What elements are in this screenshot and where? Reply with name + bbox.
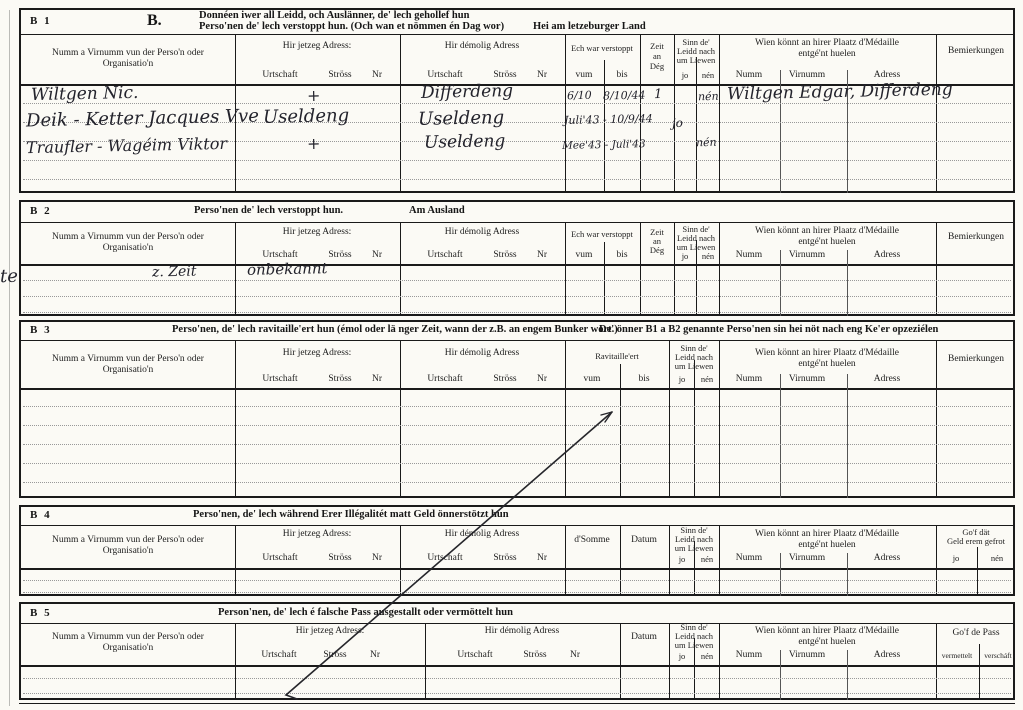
subcol-numm: Numm [736, 70, 762, 81]
vum-bis-divider [604, 242, 605, 316]
column-divider [620, 525, 621, 596]
subcol-numm: Numm [736, 553, 762, 564]
hw-medaille: Wiltgen Edgar, Differdeng [727, 80, 953, 105]
column-divider [400, 525, 401, 596]
column-divider [235, 340, 236, 498]
column-divider [669, 623, 670, 700]
col-header-demolig: Hir démolig Adress [445, 41, 519, 52]
subcol-urtschaft: Urtschaft [427, 374, 462, 385]
jo-nen-divider [696, 57, 697, 193]
hw-demolig: Useldeng [424, 131, 506, 153]
subcol-nr: Nr [570, 650, 580, 661]
numm-virnumm-divider [780, 250, 781, 316]
col-header-medaille2: entgé'nt huelen [798, 49, 855, 60]
subcol-bis: bis [638, 374, 649, 385]
hw-liewen: nén [696, 136, 717, 149]
ruled-line [23, 280, 1011, 281]
column-divider [669, 340, 670, 498]
subcol-jo: jo [682, 70, 689, 80]
subcol-adress: Adress [874, 650, 900, 661]
col-header-name: Numm a Virnumm vun der Perso'n oder Orga… [28, 535, 228, 558]
hw-demolig: Useldeng [418, 107, 505, 130]
subcol-adress: Adress [874, 250, 900, 261]
ruled-line [23, 312, 1011, 313]
subcol-stross: Ströss [493, 374, 516, 385]
col-header-sinn3: um Liewen [675, 361, 713, 371]
col-header-zeit-deg: Dég [650, 245, 664, 255]
column-divider [400, 222, 401, 316]
column-divider [674, 222, 675, 316]
b2-section-id: B 2 [30, 205, 52, 217]
column-divider [565, 340, 566, 498]
col-header-jetzeg: Hir jetzeg Adress: [283, 41, 352, 52]
subcol-stross: Ströss [493, 250, 516, 261]
column-divider [719, 525, 720, 596]
col-header-demolig: Hir démolig Adress [445, 348, 519, 359]
col-header-medaille2: entgé'nt huelen [798, 540, 855, 551]
subcol-nen: nén [701, 554, 713, 564]
b2-title-band: B 2 Perso'nen de' lech verstoppt hun. Am… [21, 202, 1013, 223]
subcol-urtschaft: Urtschaft [262, 553, 297, 564]
subcol-jo: jo [679, 554, 686, 564]
col-header-verstoppt: Ech war verstoppt [571, 229, 633, 239]
b5-title: Person'nen, de' lech é falsche Pass ausg… [218, 607, 513, 618]
subcol-stross: Ströss [328, 70, 351, 81]
virnumm-adress-divider [847, 374, 848, 498]
hw-name: Deik - Ketter Jacques Vve [26, 106, 259, 132]
subcol-nen: nén [701, 651, 713, 661]
subcol-virnumm: Virnumm [789, 650, 825, 661]
ruled-line [23, 580, 1011, 581]
ruled-line [23, 482, 1011, 483]
hw-dates: Mee'43 - Juli'43 [562, 138, 646, 152]
hw-jetzeg: Useldeng [263, 105, 350, 128]
b1-title-band: B 1 B. Donnéen iwer all Leidd, och Auslä… [21, 10, 1013, 35]
col-header-ravitailleert: Ravitaille'ert [595, 351, 639, 361]
column-divider [936, 623, 937, 700]
subcol-stross: Ströss [328, 374, 351, 385]
column-divider [235, 623, 236, 700]
hw-demolig: Differdeng [421, 81, 513, 103]
subcol-vum: vum [576, 250, 593, 261]
scanned-form-page: te B 1 B. Donnéen iwer all Leidd, och Au… [0, 0, 1023, 710]
subcol-nen: nén [991, 553, 1003, 563]
jo-nen-divider [694, 360, 695, 498]
col-header-verstoppt: Ech war verstoppt [571, 43, 633, 53]
hw-liewen: jo [672, 116, 683, 130]
col-header-bemierkungen: Bemierkungen [948, 354, 1004, 365]
ruled-line [23, 406, 1011, 407]
header-underline [21, 568, 1013, 570]
margin-handwriting: te [0, 266, 18, 287]
column-divider [719, 222, 720, 316]
subcol-stross: Ströss [328, 553, 351, 564]
subcol-virnumm: Virnumm [789, 374, 825, 385]
col-header-demolig: Hir démolig Adress [445, 529, 519, 540]
subcol-adress: Adress [874, 70, 900, 81]
column-divider [936, 34, 937, 193]
column-divider [640, 222, 641, 316]
hw-bis: 8/10/44 [603, 89, 646, 103]
subcol-urtschaft: Urtschaft [262, 374, 297, 385]
subcol-nen: nén [702, 70, 714, 80]
subcol-nr: Nr [372, 374, 382, 385]
col-header-name: Numm a Virnumm vun der Perso'n oder Orga… [28, 632, 228, 655]
col-header-jetzeg: Hir jetzeg Adress: [283, 529, 352, 540]
subcol-adress: Adress [874, 553, 900, 564]
subcol-jo: jo [682, 251, 689, 261]
ruled-line [23, 592, 1011, 593]
b1-section-id: B 1 [30, 15, 52, 27]
numm-virnumm-divider [780, 374, 781, 498]
b4-title-band: B 4 Perso'nen, de' lech während Erer Ill… [21, 507, 1013, 526]
column-divider [565, 525, 566, 596]
column-divider [235, 222, 236, 316]
subcol-urtschaft: Urtschaft [427, 250, 462, 261]
gof-pass-divider [979, 644, 980, 700]
col-header-datum: Datum [631, 632, 657, 643]
subcol-vum: vum [584, 374, 601, 385]
col-header-name: Numm a Virnumm vun der Perso'n oder Orga… [28, 354, 228, 377]
col-header-medaille1: Wien könnt an hirer Plaatz d'Médaille [755, 226, 899, 237]
ruled-line [23, 179, 1011, 180]
column-divider [400, 34, 401, 193]
subcol-stross: Ströss [323, 650, 346, 661]
subcol-urtschaft: Urtschaft [262, 70, 297, 81]
ruled-line [23, 463, 1011, 464]
subcol-jo: jo [679, 374, 686, 384]
b1-title-line1: Donnéen iwer all Leidd, och Auslänner, d… [199, 10, 469, 21]
col-header-bemierkungen: Bemierkungen [948, 232, 1004, 243]
hw-name: Traufler - Wagéim Viktor [26, 134, 227, 157]
subcol-vum: vum [576, 70, 593, 81]
hw-jetzeg: + [307, 86, 321, 105]
hw-jetzeg: + [307, 134, 321, 153]
subcol-nr: Nr [372, 250, 382, 261]
col-header-zeit-deg: Dég [650, 61, 664, 71]
ruled-line [23, 693, 1011, 694]
subcol-urtschaft: Urtschaft [261, 650, 296, 661]
col-header-medaille2: entgé'nt huelen [798, 359, 855, 370]
subcol-vermettelt: vermettelt [942, 651, 972, 660]
b3-section-id: B 3 [30, 324, 52, 336]
virnumm-adress-divider [847, 553, 848, 596]
col-header-sinn3: um Liewen [677, 55, 715, 65]
subcol-stross: Ströss [493, 70, 516, 81]
subcol-numm: Numm [736, 250, 762, 261]
subcol-stross: Ströss [328, 250, 351, 261]
subcol-urtschaft: Urtschaft [457, 650, 492, 661]
subcol-stross: Ströss [523, 650, 546, 661]
b1-title-location: Hei am letzeburger Land [533, 21, 646, 32]
col-header-zeit-an: an [653, 51, 661, 61]
subcol-nr: Nr [537, 374, 547, 385]
hw-liewen: nén [698, 90, 719, 103]
subcol-bis: bis [616, 70, 627, 81]
header-underline [21, 388, 1013, 390]
b2-title-location: Am Ausland [409, 205, 465, 216]
col-header-gof-pass: Go'f de Pass [952, 628, 999, 639]
subcol-jo: jo [679, 651, 686, 661]
column-divider [669, 525, 670, 596]
virnumm-adress-divider [847, 250, 848, 316]
b5-section-id: B 5 [30, 607, 52, 619]
subcol-nen: nén [702, 251, 714, 261]
subcol-verschaft: verscháft [984, 651, 1011, 660]
col-header-medaille2: entgé'nt huelen [798, 637, 855, 648]
col-header-medaille1: Wien könnt an hirer Plaatz d'Médaille [755, 348, 899, 359]
subcol-nr: Nr [537, 250, 547, 261]
col-header-jetzeg: Hir jetzeg Adress: [283, 348, 352, 359]
column-divider [235, 525, 236, 596]
column-divider [565, 222, 566, 316]
bottom-double-rule [19, 703, 1015, 704]
col-header-jetzeg: Hir jetzeg Adress: [283, 227, 352, 238]
col-header-medaille1: Wien könnt an hirer Plaatz d'Médaille [755, 626, 899, 637]
b4-section-id: B 4 [30, 509, 52, 521]
section-b5: B 5 Person'nen, de' lech é falsche Pass … [19, 602, 1015, 700]
col-header-demolig: Hir démolig Adress [445, 227, 519, 238]
b3-title-note: De' önner B1 a B2 genannte Perso'nen sin… [599, 324, 938, 335]
section-b1: B 1 B. Donnéen iwer all Leidd, och Auslä… [19, 8, 1015, 193]
subcol-urtschaft: Urtschaft [427, 553, 462, 564]
column-divider [936, 525, 937, 596]
ruled-line [23, 103, 1011, 104]
subcol-numm: Numm [736, 650, 762, 661]
subcol-virnumm: Virnumm [789, 553, 825, 564]
col-header-datum: Datum [631, 535, 657, 546]
vum-bis-divider [604, 60, 605, 193]
subcol-nr: Nr [370, 650, 380, 661]
hw-vum: 6/10 [567, 89, 592, 103]
subcol-nr: Nr [537, 70, 547, 81]
hw-name: Wiltgen Nic. [31, 83, 139, 105]
subcol-bis: bis [616, 250, 627, 261]
subcol-virnumm: Virnumm [789, 250, 825, 261]
b2-title: Perso'nen de' lech verstoppt hun. [194, 205, 343, 216]
column-divider [936, 340, 937, 498]
numm-virnumm-divider [780, 553, 781, 596]
b5-title-band: B 5 Person'nen, de' lech é falsche Pass … [21, 604, 1013, 624]
subcol-adress: Adress [874, 374, 900, 385]
hw-jetzeg: onbekannt [247, 259, 328, 279]
col-header-name: Numm a Virnumm vun der Perso'n oder Orga… [28, 48, 228, 71]
column-divider [719, 340, 720, 498]
subcol-numm: Numm [736, 374, 762, 385]
ruled-line [23, 425, 1011, 426]
subcol-nen: nén [701, 374, 713, 384]
vum-bis-divider [620, 364, 621, 498]
ruled-line [23, 444, 1011, 445]
col-header-name: Numm a Virnumm vun der Perso'n oder Orga… [28, 232, 228, 255]
column-divider [425, 623, 426, 700]
b1-title-line2: Perso'nen de' lech verstoppt hun. (Och w… [199, 21, 504, 32]
b3-title-band: B 3 Perso'nen, de' lech ravitaille'ert h… [21, 322, 1013, 341]
col-header-medaille1: Wien könnt an hirer Plaatz d'Médaille [755, 38, 899, 49]
column-divider [719, 623, 720, 700]
hw-name: z. Zeit [152, 264, 197, 281]
hw-dates: Juli'43 - 10/9/44 [564, 112, 653, 127]
column-divider [719, 34, 720, 193]
column-divider [400, 340, 401, 498]
subcol-virnumm: Virnumm [789, 70, 825, 81]
col-header-medaille2: entgé'nt huelen [798, 237, 855, 248]
col-header-gof-geld2: Geld erem gefrot [947, 536, 1005, 546]
ruled-line [23, 160, 1011, 161]
section-b3: B 3 Perso'nen, de' lech ravitaille'ert h… [19, 320, 1015, 498]
subcol-nr: Nr [372, 70, 382, 81]
column-divider [936, 222, 937, 316]
column-divider [620, 623, 621, 700]
subcol-jo: jo [953, 553, 960, 563]
col-header-bemierkungen: Bemierkungen [948, 46, 1004, 57]
col-header-jetzeg: Hir jetzeg Adress: [296, 626, 365, 637]
col-header-demolig: Hir démolig Adress [485, 626, 559, 637]
subcol-urtschaft: Urtschaft [427, 70, 462, 81]
b4-title: Perso'nen, de' lech während Erer Illégal… [193, 509, 509, 520]
subcol-stross: Ströss [493, 553, 516, 564]
ruled-line [23, 296, 1011, 297]
col-header-sinn3: um Liewen [675, 543, 713, 553]
column-divider [674, 34, 675, 193]
b3-title: Perso'nen, de' lech ravitaille'ert hun (… [172, 324, 618, 335]
ruled-line [23, 678, 1011, 679]
b1-big-letter: B. [147, 12, 162, 30]
col-header-sinn3: um Liewen [675, 640, 713, 650]
section-b4: B 4 Perso'nen, de' lech während Erer Ill… [19, 505, 1015, 596]
subcol-nr: Nr [372, 553, 382, 564]
col-header-medaille1: Wien könnt an hirer Plaatz d'Médaille [755, 529, 899, 540]
sheet-edge-line [9, 10, 10, 706]
gof-divider [977, 547, 978, 596]
hw-zeit: 1 [654, 87, 663, 102]
subcol-nr: Nr [537, 553, 547, 564]
section-b2: B 2 Perso'nen de' lech verstoppt hun. Am… [19, 200, 1015, 316]
header-underline [21, 665, 1013, 667]
col-header-zeit: Zeit [650, 41, 664, 51]
col-header-somme: d'Somme [574, 535, 610, 546]
